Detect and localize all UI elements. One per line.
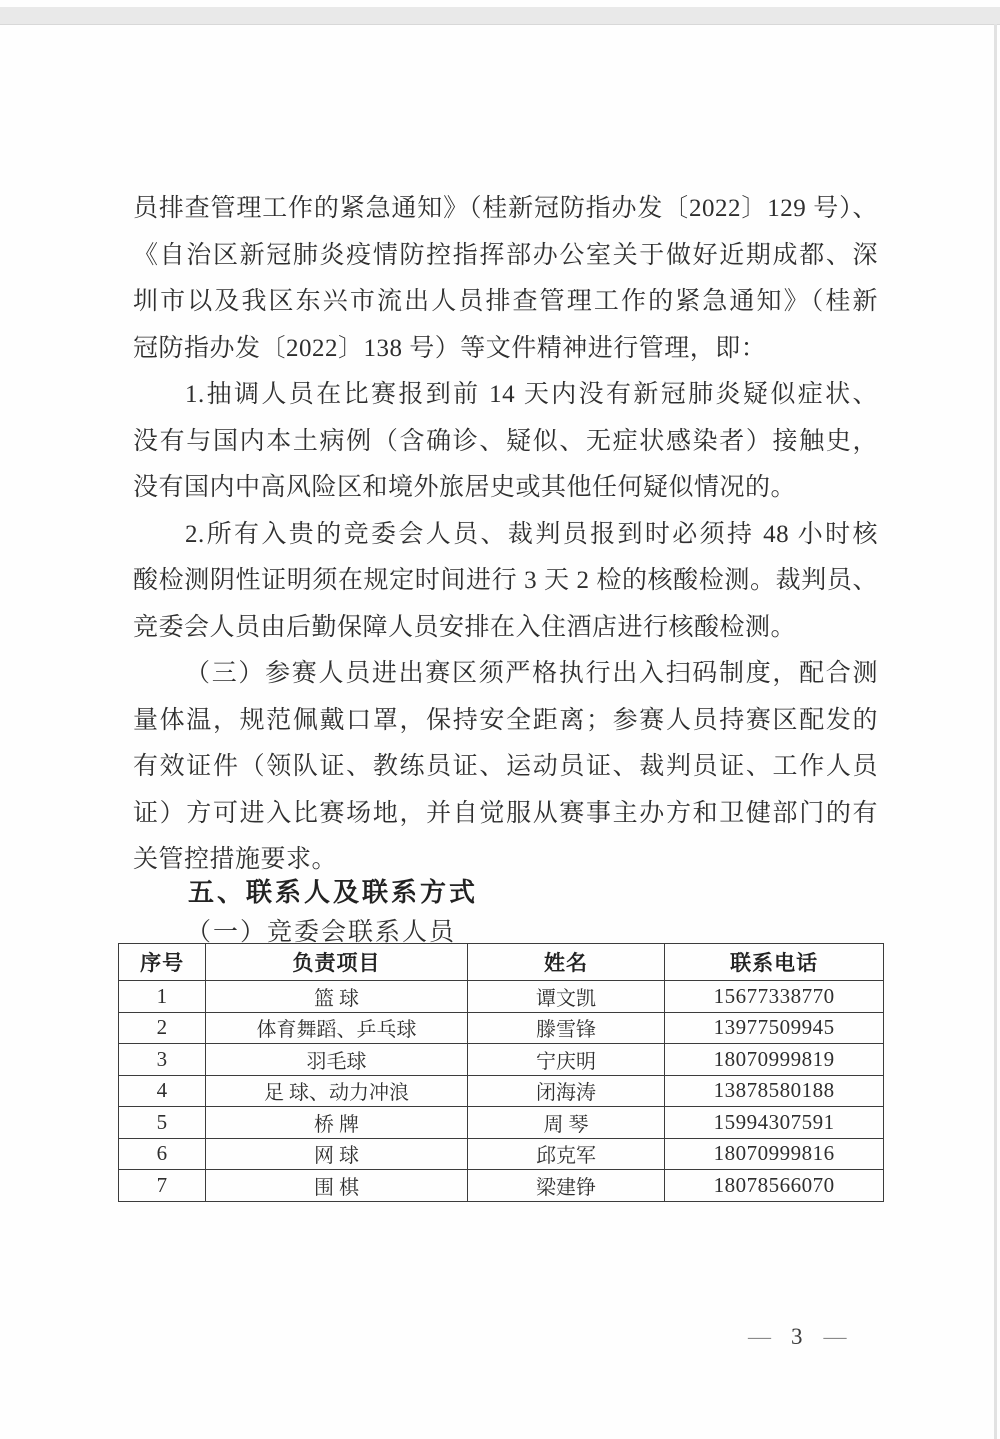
phone-cell: 13878580188 xyxy=(665,1075,884,1107)
name-cell: 滕雪锋 xyxy=(467,1012,664,1044)
text-line: 有效证件（领队证、教练员证、运动员证、裁判员证、工作人员 xyxy=(133,744,878,791)
text-line: 冠防指办发〔2022〕138 号）等文件精神进行管理，即： xyxy=(133,326,878,373)
project-cell: 足 球、动力冲浪 xyxy=(206,1075,468,1107)
section-heading: 五、联系人及联系方式 xyxy=(188,872,478,909)
text-line: 没有与国内本土病例（含确诊、疑似、无症状感染者）接触史， xyxy=(133,419,878,466)
text-line: 证）方可进入比赛场地，并自觉服从赛事主办方和卫健部门的有 xyxy=(133,791,878,838)
scan-edge-top xyxy=(0,7,1000,25)
table-row: 2体育舞蹈、乒乓球滕雪锋13977509945 xyxy=(119,1012,884,1044)
seq-cell: 5 xyxy=(119,1107,206,1139)
text-line: 《自治区新冠肺炎疫情防控指挥部办公室关于做好近期成都、深 xyxy=(133,233,878,280)
phone-cell: 18070999816 xyxy=(665,1138,884,1170)
page-number-value: 3 xyxy=(791,1324,803,1350)
seq-cell: 7 xyxy=(119,1170,206,1202)
project-cell: 羽毛球 xyxy=(206,1044,468,1076)
seq-cell: 4 xyxy=(119,1075,206,1107)
seq-cell: 6 xyxy=(119,1138,206,1170)
text-line: 没有国内中高风险区和境外旅居史或其他任何疑似情况的。 xyxy=(133,465,878,512)
table-row: 7围 棋梁建铮18078566070 xyxy=(119,1170,884,1202)
text-line: （三）参赛人员进出赛区须严格执行出入扫码制度，配合测 xyxy=(133,651,878,698)
name-cell: 周 琴 xyxy=(467,1107,664,1139)
phone-cell: 18078566070 xyxy=(665,1170,884,1202)
phone-cell: 15994307591 xyxy=(665,1107,884,1139)
name-cell: 梁建铮 xyxy=(467,1170,664,1202)
column-header: 序号 xyxy=(119,944,206,981)
page-number: — 3 — xyxy=(748,1324,846,1350)
text-line: 圳市以及我区东兴市流出人员排查管理工作的紧急通知》（桂新 xyxy=(133,279,878,326)
project-cell: 网 球 xyxy=(206,1138,468,1170)
seq-cell: 1 xyxy=(119,981,206,1013)
text-line: 竞委会人员由后勤保障人员安排在入住酒店进行核酸检测。 xyxy=(133,605,878,652)
column-header: 联系电话 xyxy=(665,944,884,981)
table-row: 3羽毛球宁庆明18070999819 xyxy=(119,1044,884,1076)
contacts-table-header: 序号负责项目姓名联系电话 xyxy=(119,944,884,981)
column-header: 姓名 xyxy=(467,944,664,981)
name-cell: 闭海涛 xyxy=(467,1075,664,1107)
text-line: 量体温，规范佩戴口罩，保持安全距离；参赛人员持赛区配发的 xyxy=(133,698,878,745)
text-line: 员排查管理工作的紧急通知》（桂新冠防指办发〔2022〕129 号）、 xyxy=(133,186,878,233)
seq-cell: 3 xyxy=(119,1044,206,1076)
text-line: 2.所有入贵的竞委会人员、裁判员报到时必须持 48 小时核 xyxy=(133,512,878,559)
table-row: 4足 球、动力冲浪闭海涛13878580188 xyxy=(119,1075,884,1107)
table-row: 1篮 球谭文凯15677338770 xyxy=(119,981,884,1013)
text-line: 1.抽调人员在比赛报到前 14 天内没有新冠肺炎疑似症状、 xyxy=(133,372,878,419)
page-number-dash-right: — xyxy=(824,1324,846,1350)
table-header-row: 序号负责项目姓名联系电话 xyxy=(119,944,884,981)
project-cell: 篮 球 xyxy=(206,981,468,1013)
project-cell: 围 棋 xyxy=(206,1170,468,1202)
name-cell: 谭文凯 xyxy=(467,981,664,1013)
document-body: 员排查管理工作的紧急通知》（桂新冠防指办发〔2022〕129 号）、《自治区新冠… xyxy=(133,186,878,884)
name-cell: 宁庆明 xyxy=(467,1044,664,1076)
project-cell: 桥 牌 xyxy=(206,1107,468,1139)
phone-cell: 15677338770 xyxy=(665,981,884,1013)
document-page: 员排查管理工作的紧急通知》（桂新冠防指办发〔2022〕129 号）、《自治区新冠… xyxy=(0,0,1000,1439)
project-cell: 体育舞蹈、乒乓球 xyxy=(206,1012,468,1044)
scan-edge-right xyxy=(994,24,997,1439)
contacts-table-body: 1篮 球谭文凯156773387702体育舞蹈、乒乓球滕雪锋1397750994… xyxy=(119,981,884,1202)
phone-cell: 18070999819 xyxy=(665,1044,884,1076)
text-line: 酸检测阴性证明须在规定时间进行 3 天 2 检的核酸检测。裁判员、 xyxy=(133,558,878,605)
page-number-dash-left: — xyxy=(748,1324,770,1350)
table-row: 5桥 牌周 琴15994307591 xyxy=(119,1107,884,1139)
seq-cell: 2 xyxy=(119,1012,206,1044)
column-header: 负责项目 xyxy=(206,944,468,981)
table-row: 6网 球邱克军18070999816 xyxy=(119,1138,884,1170)
name-cell: 邱克军 xyxy=(467,1138,664,1170)
phone-cell: 13977509945 xyxy=(665,1012,884,1044)
contacts-table: 序号负责项目姓名联系电话 1篮 球谭文凯156773387702体育舞蹈、乒乓球… xyxy=(118,943,884,1202)
